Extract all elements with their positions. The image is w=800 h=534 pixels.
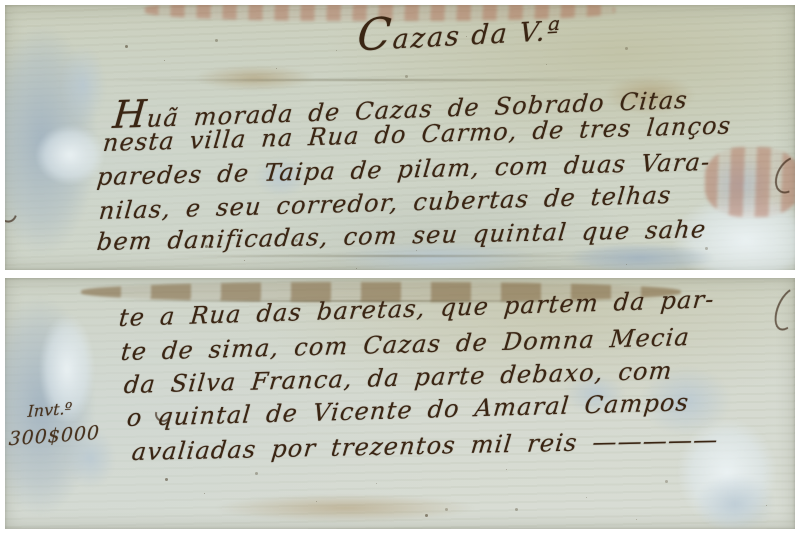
cutoff-ink-curl bbox=[769, 283, 795, 335]
manuscript-panel-top: Cazas da V.ª Huã morada de Cazas de Sobr… bbox=[5, 5, 795, 270]
margin-note-abbrev: Invt.º bbox=[27, 397, 101, 421]
section-heading: Cazas da V.ª bbox=[356, 16, 563, 58]
paper-stain bbox=[215, 494, 475, 522]
paper-speckles bbox=[425, 514, 428, 517]
manuscript-panel-bottom: Invt.º 300$000 te a Rua das baretas, que… bbox=[5, 278, 795, 529]
paper-damage-patch bbox=[695, 474, 775, 529]
paper-damage-patch bbox=[60, 45, 106, 125]
margin-valuation-note: Invt.º 300$000 bbox=[8, 397, 101, 451]
paper-crease bbox=[165, 255, 625, 257]
paper-damage-patch bbox=[35, 125, 105, 185]
manuscript-line-10: avaliadas por trezentos mil reis ————— bbox=[131, 426, 720, 466]
manuscript-collage: Cazas da V.ª Huã morada de Cazas de Sobr… bbox=[0, 0, 800, 534]
paper-speckles bbox=[165, 478, 168, 481]
paper-speckles bbox=[125, 45, 128, 48]
